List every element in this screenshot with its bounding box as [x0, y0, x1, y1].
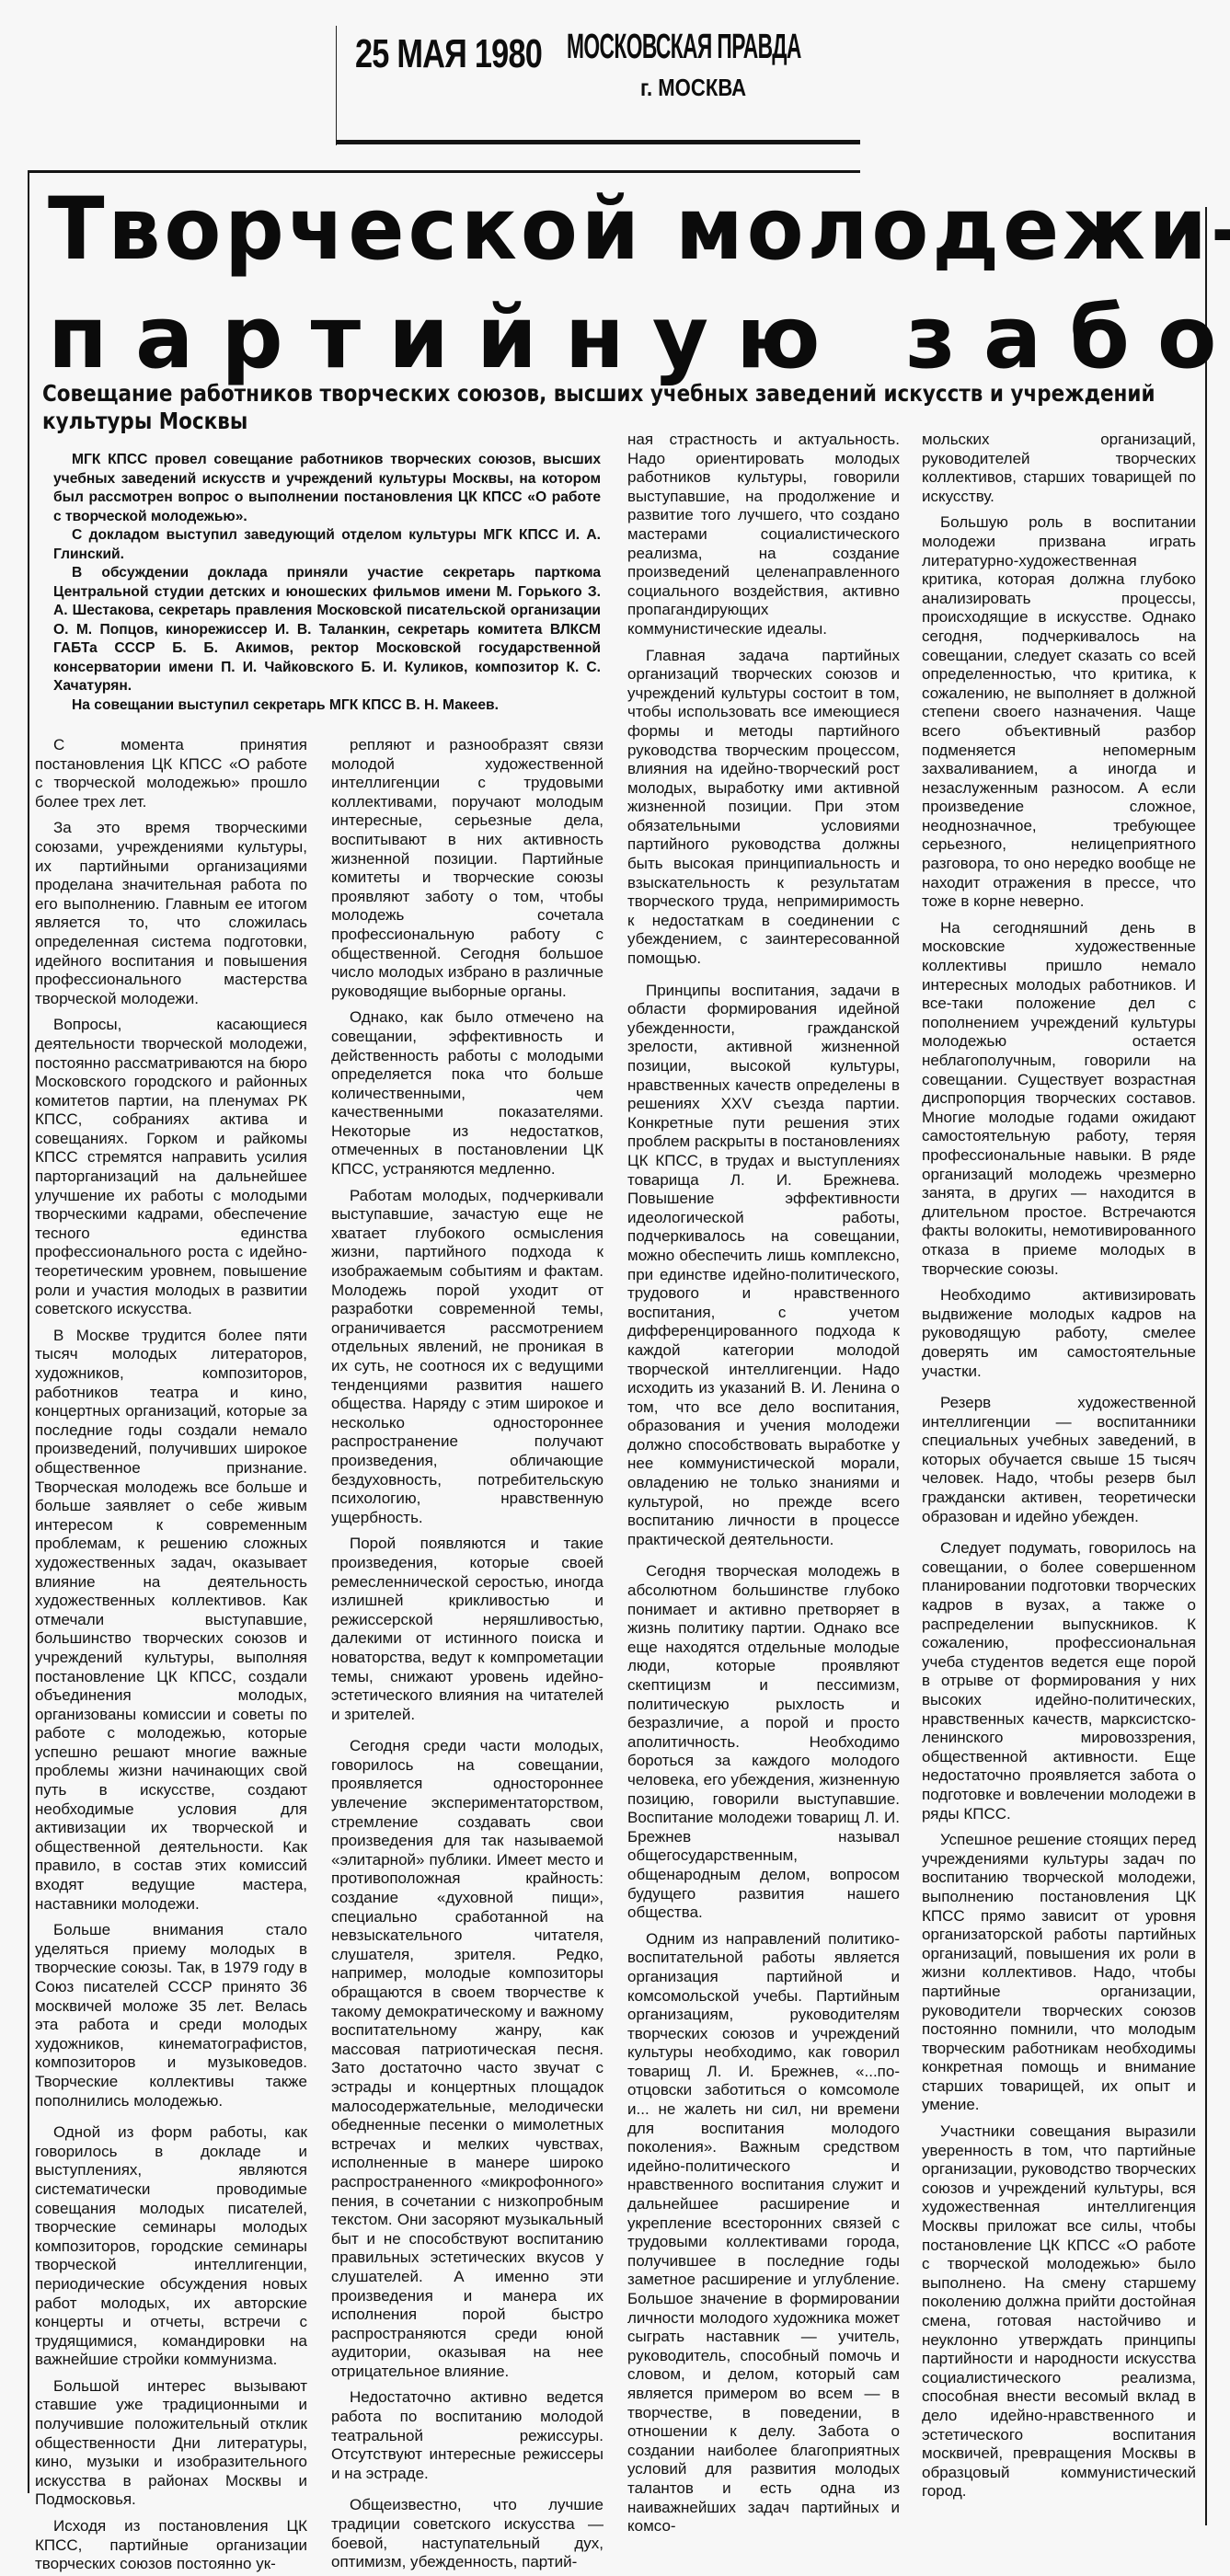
paragraph: ная страстность и актуальность. Надо ори…	[627, 431, 900, 639]
text-column-2: репляют и разнообразят связи молодой худ…	[331, 736, 604, 2576]
headline-line-2: партийную заботу	[48, 295, 1230, 382]
paragraph: Вопросы, касающиеся деятельности творчес…	[35, 1016, 307, 1319]
paragraph: Сегодня среди части молодых, говорилось …	[331, 1737, 604, 2381]
paragraph: Следует подумать, говорилось на совещани…	[922, 1539, 1196, 1823]
paragraph: Однако, как было отмечено на совещании, …	[331, 1008, 604, 1179]
paragraph: Принципы воспитания, задачи в области фо…	[627, 982, 900, 1550]
text-column-4: мольских организаций, руководителей твор…	[922, 431, 1196, 2509]
lead-paragraph: В обсуждении доклада приняли участие сек…	[53, 564, 601, 696]
lead-paragraph: На совещании выступил секретарь МГК КПСС…	[53, 696, 601, 716]
paragraph: Работам молодых, подчеркивали выступавши…	[331, 1187, 604, 1528]
text-column-1: С момента принятия постановления ЦК КПСС…	[35, 736, 307, 2576]
paragraph: Главная задача партийных организаций тво…	[627, 647, 900, 969]
paragraph: репляют и разнообразят связи молодой худ…	[331, 736, 604, 1001]
paragraph: Участники совещания выразили уверенность…	[922, 2122, 1196, 2501]
stamp-newspaper-name: МОСКОВСКАЯ ПРАВДА	[567, 28, 801, 67]
headline-line-1: Творческой молодежи—	[48, 187, 1230, 273]
lead-summary: МГК КПСС провел совещание работников тво…	[53, 451, 601, 715]
stamp-date: 25 МАЯ 1980	[355, 31, 542, 77]
paragraph: С момента принятия постановления ЦК КПСС…	[35, 736, 307, 811]
clipping-stamp: 25 МАЯ 1980 МОСКОВСКАЯ ПРАВДА г. МОСКВА	[336, 26, 861, 145]
paragraph: Успешное решение стоящих перед учреждени…	[922, 1831, 1196, 2115]
paragraph: Одним из направлений политико-воспитател…	[627, 1930, 900, 2536]
paragraph: Порой появляются и такие произведения, к…	[331, 1535, 604, 1724]
lead-paragraph: С докладом выступил заведующий отделом к…	[53, 526, 601, 564]
header-rule-top	[336, 140, 860, 144]
paragraph: На сегодняшний день в московские художес…	[922, 919, 1196, 1279]
paragraph: Общеизвестно, что лучшие традиции советс…	[331, 2496, 604, 2571]
paragraph: Сегодня творческая молодежь в абсолютном…	[627, 1562, 900, 1922]
paragraph: В Москве трудится более пяти тысяч молод…	[35, 1327, 307, 1914]
lead-paragraph: МГК КПСС провел совещание работников тво…	[53, 451, 601, 526]
paragraph: мольских организаций, руководителей твор…	[922, 431, 1196, 506]
subheadline: Совещание работников творческих союзов, …	[42, 380, 1198, 435]
paragraph: Большой интерес вызывают ставшие уже тра…	[35, 2377, 307, 2510]
stamp-city: г. МОСКВА	[640, 74, 746, 102]
paragraph: Недостаточно активно ведется работа по в…	[331, 2388, 604, 2483]
paragraph: Больше внимания стало уделяться приему м…	[35, 1921, 307, 2110]
text-column-3: ная страстность и актуальность. Надо ори…	[627, 431, 900, 2544]
paragraph: Исходя из постановления ЦК КПСС, партийн…	[35, 2517, 307, 2574]
paragraph: Необходимо активизировать выдвижение мол…	[922, 1286, 1196, 1381]
paragraph: Одной из форм работы, как говорилось в д…	[35, 2123, 307, 2370]
paragraph: Резерв художественной интеллигенции — во…	[922, 1394, 1196, 1526]
paragraph: Большую роль в воспитании молодежи призв…	[922, 513, 1196, 911]
paragraph: За это время творческими союзами, учрежд…	[35, 819, 307, 1008]
